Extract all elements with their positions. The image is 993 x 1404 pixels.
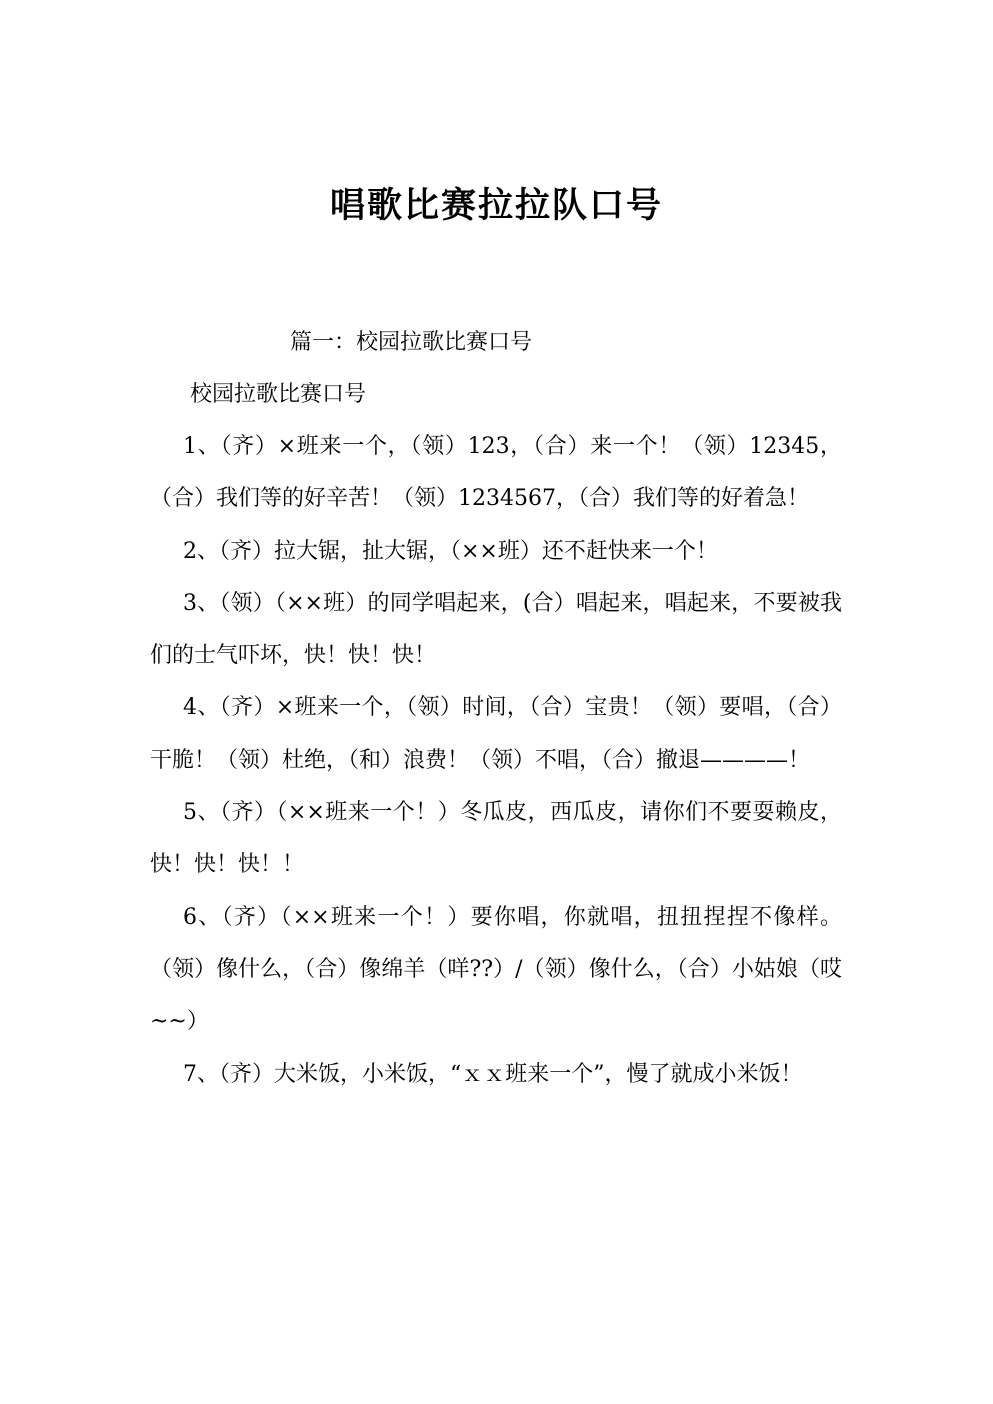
slogan-paragraph-7: 7、（齐）大米饭，小米饭，“ｘｘ班来一个”，慢了就成小米饭！ — [150, 1049, 842, 1101]
slogan-paragraph-4: 4、（齐）×班来一个，（领）时间，（合）宝贵！（领）要唱，（合）干脆！（领）杜绝… — [150, 682, 842, 787]
slogan-paragraph-5: 5、（齐）（××班来一个！）冬瓜皮，西瓜皮，请你们不要耍赖皮，快！快！快！！ — [150, 787, 842, 892]
slogan-paragraph-1: 1、（齐）×班来一个，（领）123，（合）来一个！（领）12345，（合）我们等… — [150, 421, 842, 526]
document-page: 唱歌比赛拉拉队口号 篇一：校园拉歌比赛口号 校园拉歌比赛口号 1、（齐）×班来一… — [0, 0, 993, 1404]
slogan-paragraph-3: 3、（领）（××班）的同学唱起来，(合）唱起来，唱起来，不要被我们的士气吓坏，快… — [150, 578, 842, 683]
section-subheading: 校园拉歌比赛口号 — [190, 377, 366, 413]
document-body: 1、（齐）×班来一个，（领）123，（合）来一个！（领）12345，（合）我们等… — [150, 421, 842, 1101]
section-title: 篇一：校园拉歌比赛口号 — [290, 325, 532, 361]
slogan-paragraph-2: 2、（齐）拉大锯，扯大锯，（××班）还不赶快来一个！ — [150, 526, 842, 578]
document-title: 唱歌比赛拉拉队口号 — [0, 180, 993, 232]
slogan-paragraph-6: 6、（齐）（××班来一个！）要你唱，你就唱，扭扭捏捏不像样。（领）像什么，（合）… — [150, 892, 842, 1049]
